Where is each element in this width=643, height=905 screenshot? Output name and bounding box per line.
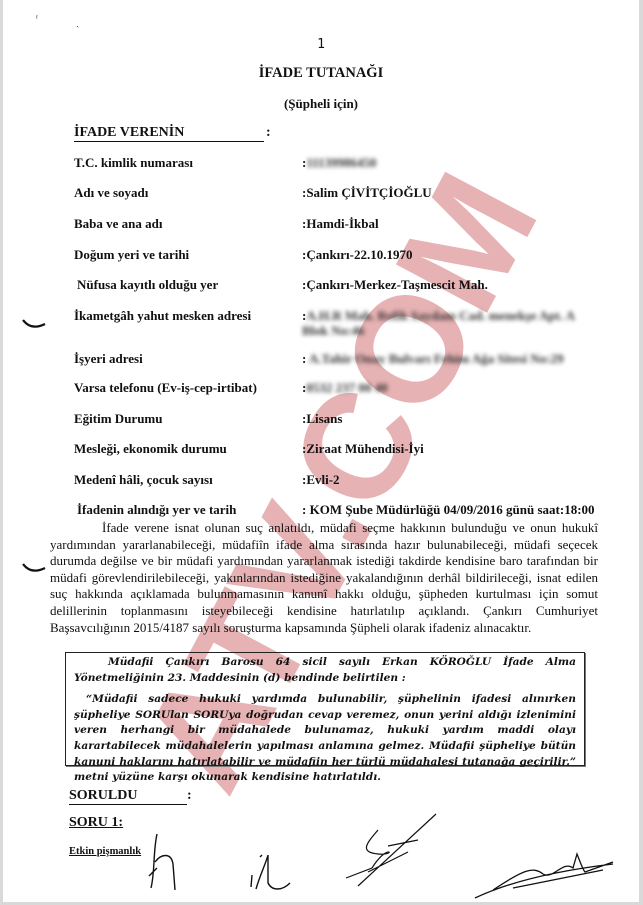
field-value: :0532 237 00 40 xyxy=(302,380,388,396)
redacted-value: 11139986450 xyxy=(306,155,376,170)
field-label: Mesleği, ekonomik durumu xyxy=(74,441,227,457)
document-title: İFADE TUTANAĞI xyxy=(3,65,639,82)
field-value: :11139986450 xyxy=(302,155,376,171)
field-label: İkametgâh yahut mesken adresi xyxy=(74,308,251,324)
field-value: :Lisans xyxy=(302,411,342,427)
field-label: Nüfusa kayıtlı olduğu yer xyxy=(77,277,218,293)
signature-1 xyxy=(143,832,183,892)
field-value: :Salim ÇİVİTÇİOĞLU xyxy=(302,185,432,201)
scan-mark: ˎ xyxy=(76,17,79,28)
field-value: :Çankırı-22.10.1970 xyxy=(302,247,413,263)
document-page: ATV.COM ʳ ˎ 1 İFADE TUTANAĞI (Şüpheli iç… xyxy=(3,0,639,902)
document-subtitle: (Şüpheli için) xyxy=(3,96,639,112)
field-value: :A.H.R Mah. Refik Saydam Cad. menekşe Ap… xyxy=(302,308,575,338)
question-subject: Etkin pişmanlık xyxy=(69,846,141,857)
field-label: İşyeri adresi xyxy=(74,351,143,367)
section-heading-statement-giver: İFADE VERENİN: xyxy=(74,125,271,142)
binder-hole-mark xyxy=(21,318,47,330)
redacted-value: Blok No:46 xyxy=(302,323,364,338)
field-label: Eğitim Durumu xyxy=(74,411,162,427)
field-value: : KOM Şube Müdürlüğü 04/09/2016 günü saa… xyxy=(302,502,595,518)
redacted-value: A.H.R Mah. Refik Saydam Cad. menekşe Apt… xyxy=(306,308,575,323)
question-heading: SORU 1: xyxy=(69,815,123,831)
field-label: Adı ve soyadı xyxy=(74,185,148,201)
lawyer-quote: “Müdafii sadece hukuki yardımda bulunabi… xyxy=(74,692,576,786)
binder-hole-mark xyxy=(21,562,47,574)
page-number: 1 xyxy=(3,37,639,52)
field-label: Doğum yeri ve tarihi xyxy=(74,247,189,263)
field-value: :Hamdi-İkbal xyxy=(302,216,379,232)
rights-paragraph: İfade verene isnat olunan suç anlatıldı,… xyxy=(50,520,598,636)
field-value: :Ziraat Mühendisi-İyi xyxy=(302,441,424,457)
field-label: Varsa telefonu (Ev-iş-cep-irtibat) xyxy=(74,380,257,396)
lawyer-intro: Müdafii Çankırı Barosu 64 sicil sayılı E… xyxy=(74,655,576,686)
asked-heading: SORULDU: xyxy=(69,788,192,805)
signature-4 xyxy=(473,840,623,902)
field-value: : A.Tahir Onay Bulvarı Fehim Ağa Sitesi … xyxy=(302,351,564,367)
signature-2 xyxy=(246,845,296,895)
field-value: :Çankırı-Merkez-Taşmescit Mah. xyxy=(302,277,488,293)
redacted-value: A.Tahir Onay Bulvarı Fehim Ağa Sitesi No… xyxy=(309,351,564,366)
field-label: Medenî hâli, çocuk sayısı xyxy=(74,472,213,488)
field-label: İfadenin alındığı yer ve tarih xyxy=(77,502,236,518)
redacted-value: 0532 237 00 40 xyxy=(306,380,387,395)
field-label: T.C. kimlik numarası xyxy=(74,155,193,171)
field-value: :Evli-2 xyxy=(302,472,340,488)
lawyer-notice-box: Müdafii Çankırı Barosu 64 sicil sayılı E… xyxy=(65,652,585,766)
field-label: Baba ve ana adı xyxy=(74,216,163,232)
signature-3 xyxy=(338,812,438,892)
scan-mark: ʳ xyxy=(36,13,38,24)
